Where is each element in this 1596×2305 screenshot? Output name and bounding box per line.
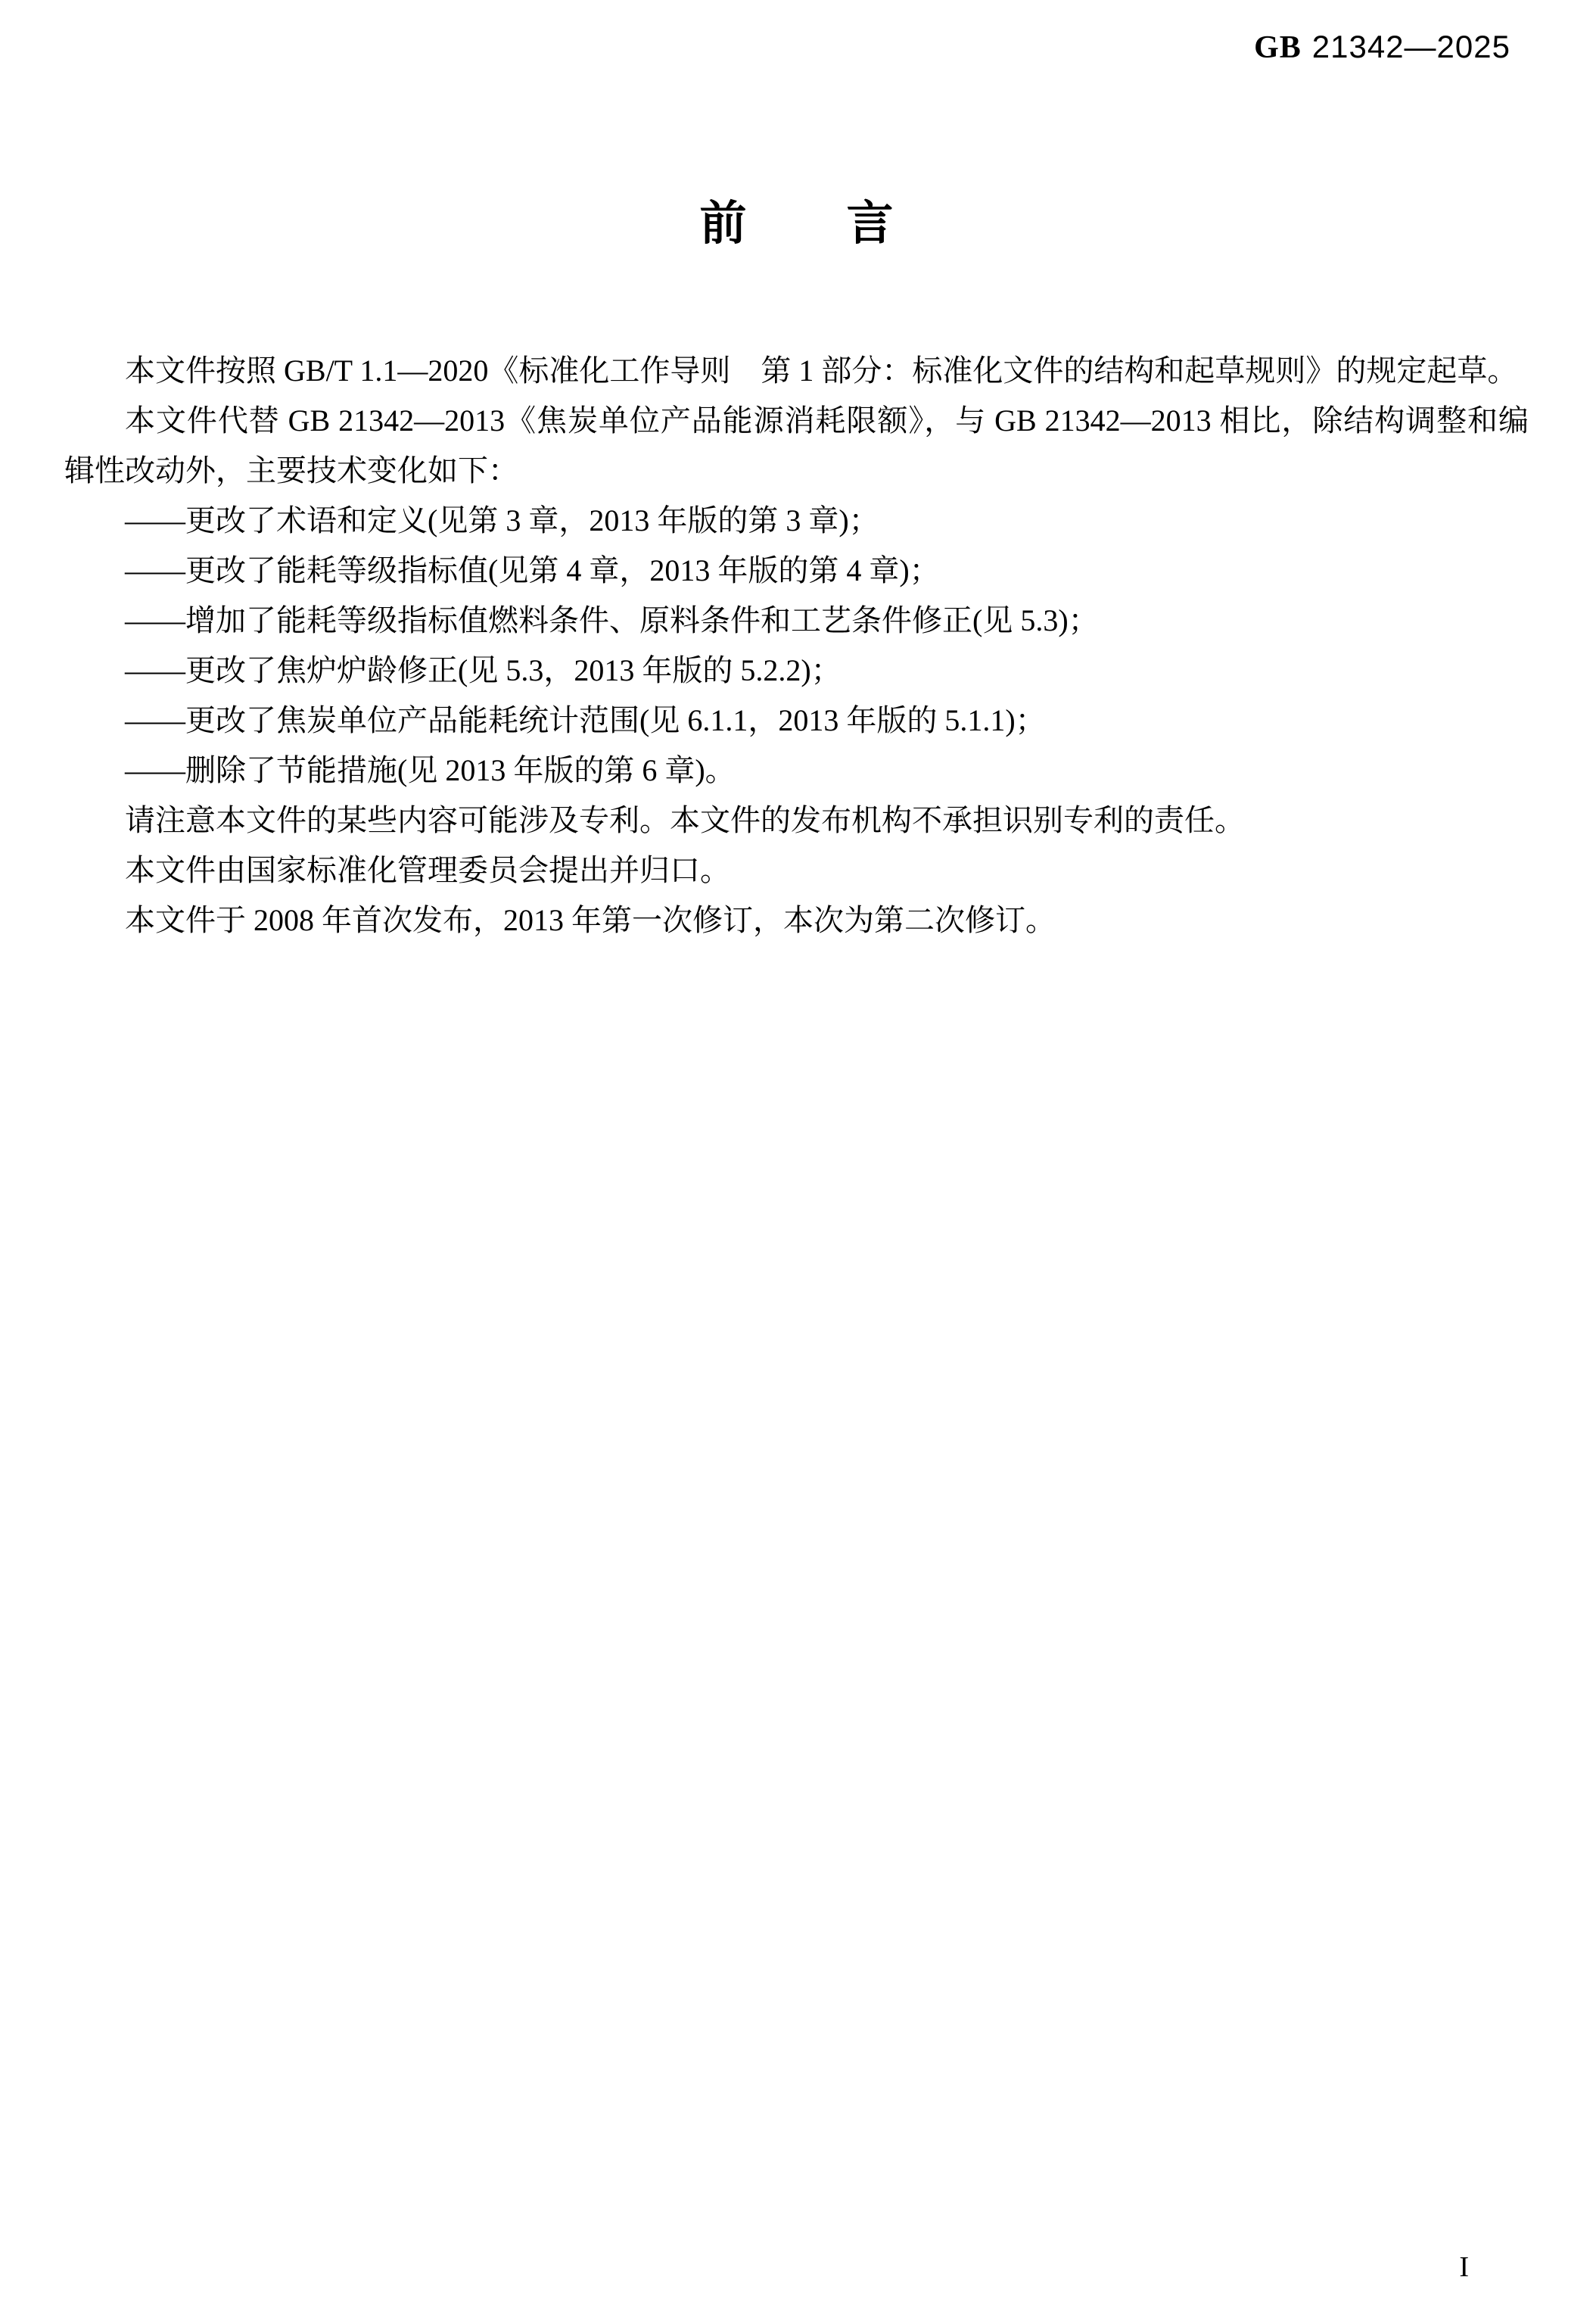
foreword-change-item: ——更改了能耗等级指标值(见第 4 章，2013 年版的第 4 章)；	[64, 546, 1529, 596]
foreword-change-item: ——增加了能耗等级指标值燃料条件、原料条件和工艺条件修正(见 5.3)；	[64, 596, 1529, 646]
page-title: 前言	[64, 198, 1529, 250]
foreword-paragraph: 请注意本文件的某些内容可能涉及专利。本文件的发布机构不承担识别专利的责任。	[64, 796, 1529, 846]
standard-code-header: GB21342—2025	[1254, 30, 1510, 64]
foreword-change-item: ——删除了节能措施(见 2013 年版的第 6 章)。	[64, 746, 1529, 796]
page-number: I	[1459, 2252, 1469, 2282]
foreword-body: 本文件按照 GB/T 1.1—2020《标准化工作导则 第 1 部分：标准化文件…	[64, 346, 1529, 945]
standard-code-prefix: GB	[1254, 30, 1302, 65]
foreword-paragraph: 本文件按照 GB/T 1.1—2020《标准化工作导则 第 1 部分：标准化文件…	[64, 346, 1529, 396]
page-title-char-right: 言	[847, 198, 894, 250]
foreword-change-item: ——更改了焦炉炉龄修正(见 5.3，2013 年版的 5.2.2)；	[64, 646, 1529, 696]
foreword-paragraph: 本文件代替 GB 21342—2013《焦炭单位产品能源消耗限额》，与 GB 2…	[64, 396, 1529, 496]
document-page: GB21342—2025 前言 本文件按照 GB/T 1.1—2020《标准化工…	[0, 0, 1596, 2305]
foreword-change-item: ——更改了焦炭单位产品能耗统计范围(见 6.1.1，2013 年版的 5.1.1…	[64, 696, 1529, 746]
foreword-paragraph: 本文件于 2008 年首次发布，2013 年第一次修订，本次为第二次修订。	[64, 896, 1529, 945]
page-title-char-left: 前	[699, 198, 746, 250]
foreword-change-item: ——更改了术语和定义(见第 3 章，2013 年版的第 3 章)；	[64, 496, 1529, 546]
foreword-paragraph: 本文件由国家标准化管理委员会提出并归口。	[64, 846, 1529, 896]
standard-code-number: 21342—2025	[1312, 29, 1510, 64]
